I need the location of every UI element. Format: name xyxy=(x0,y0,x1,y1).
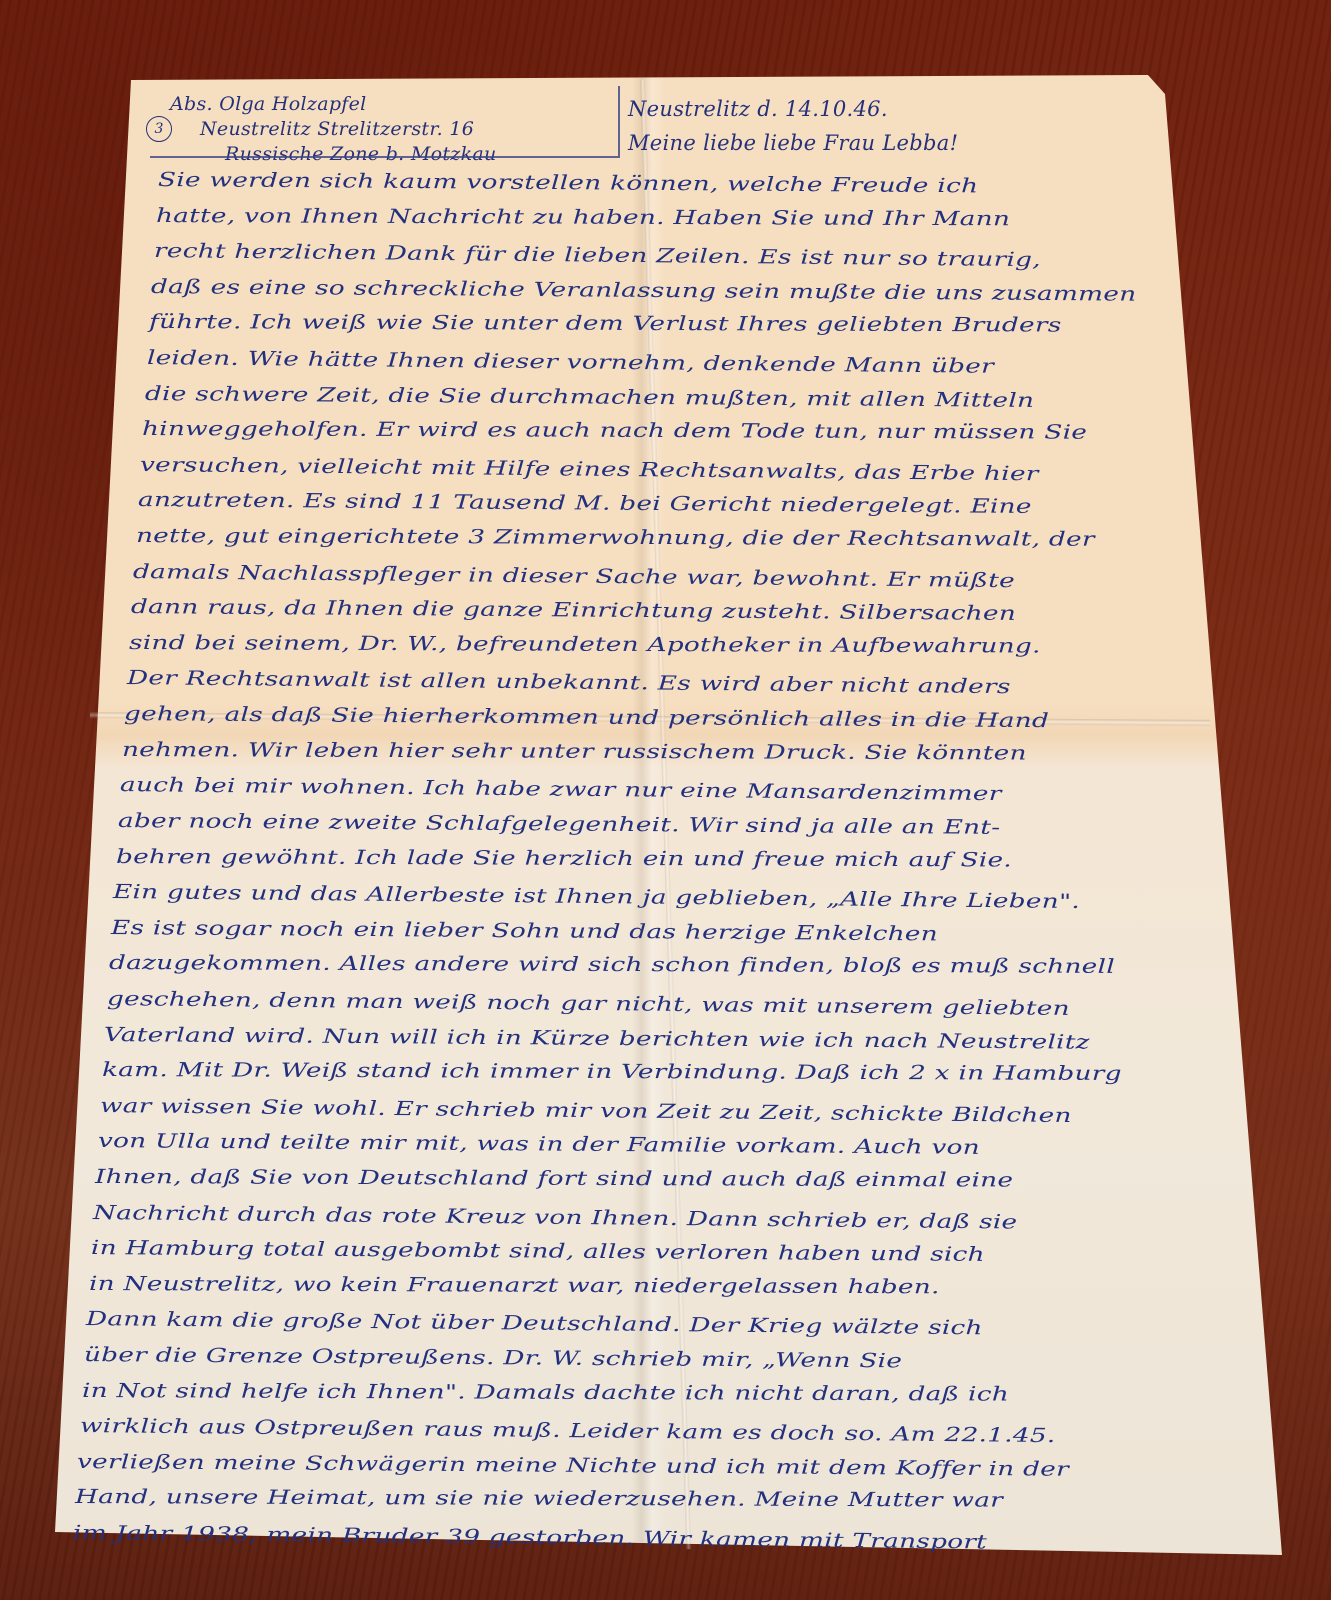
letter-line: behren gewöhnt. Ich lade Sie herzlich ei… xyxy=(115,845,1011,871)
letter-line: Ihnen, daß Sie von Deutschland fort sind… xyxy=(95,1165,1013,1192)
letter-line: hatte, von Ihnen Nachricht zu haben. Hab… xyxy=(156,204,1010,230)
letter-line: nette, gut eingerichtete 3 Zimmerwohnung… xyxy=(136,524,1095,551)
letter-line: nehmen. Wir leben hier sehr unter russis… xyxy=(122,738,1027,765)
letter-line: Sie werden sich kaum vorstellen können, … xyxy=(158,168,979,197)
letter-line: im Jahr 1938, mein Bruder 39 gestorben. … xyxy=(73,1521,987,1553)
letter-line: Ein gutes und das Allerbeste ist Ihnen j… xyxy=(113,880,1080,913)
letter-line: war wissen Sie wohl. Er schrieb mir von … xyxy=(100,1094,1072,1127)
letter-line: leiden. Wie hätte Ihnen dieser vornehm, … xyxy=(147,346,994,378)
letter-line: Der Rechtsanwalt ist allen unbekannt. Es… xyxy=(126,666,1010,698)
letter-line: Nachricht durch das rote Kreuz von Ihnen… xyxy=(93,1201,1018,1234)
letter-line: in Hamburg total ausgebombt sind, alles … xyxy=(91,1236,985,1266)
letter-line: von Ulla und teilte mir mit, was in der … xyxy=(97,1129,979,1159)
letter-line: hinweggeholfen. Er wird es auch nach dem… xyxy=(142,417,1087,444)
letter-line: daß es eine so schreckliche Veranlassung… xyxy=(151,275,1137,306)
letter-line: die schwere Zeit, die Sie durchmachen mu… xyxy=(144,382,1034,412)
letter-line: auch bei mir wohnen. Ich habe zwar nur e… xyxy=(120,773,1002,805)
letter-line: recht herzlichen Dank für die lieben Zei… xyxy=(153,239,1040,271)
letter-line: anzutreten. Es sind 11 Tausend M. bei Ge… xyxy=(138,488,1032,518)
letter-line: aber noch eine zweite Schlafgelegenheit.… xyxy=(118,809,1001,839)
letter-line: wirklich aus Ostpreußen raus muß. Leider… xyxy=(79,1414,1055,1447)
letter-line: dazugekommen. Alles andere wird sich sch… xyxy=(109,951,1115,978)
letter-line: damals Nachlasspfleger in dieser Sache w… xyxy=(133,560,1015,592)
letter-line: führte. Ich weiß wie Sie unter dem Verlu… xyxy=(149,310,1062,337)
letter-line: kam. Mit Dr. Weiß stand ich immer in Ver… xyxy=(102,1058,1122,1085)
letter-line: dann raus, da Ihnen die ganze Einrichtun… xyxy=(131,595,1016,625)
letter-line: geschehen, denn man weiß noch gar nicht,… xyxy=(106,987,1069,1020)
letter-line: Es ist sogar noch ein lieber Sohn und da… xyxy=(111,916,938,945)
letter-line: verließen meine Schwägerin meine Nichte … xyxy=(77,1450,1069,1481)
letter-line: Vaterland wird. Nun will ich in Kürze be… xyxy=(104,1023,1090,1054)
letter-line: gehen, als daß Sie hierherkommen und per… xyxy=(124,702,1049,732)
letter-line: Dann kam die große Not über Deutschland.… xyxy=(86,1307,983,1339)
letter-line: Hand, unsere Heimat, um sie nie wiederzu… xyxy=(75,1485,1003,1512)
letter-line: versuchen, vielleicht mit Hilfe eines Re… xyxy=(140,453,1039,485)
letter-line: über die Grenze Ostpreußens. Dr. W. schr… xyxy=(84,1343,903,1372)
letter-line: sind bei seinem, Dr. W., befreundeten Ap… xyxy=(129,631,1041,658)
letter-line: in Not sind helfe ich Ihnen". Damals dac… xyxy=(82,1379,1009,1406)
letter-line: in Neustrelitz, wo kein Frauenarzt war, … xyxy=(89,1272,940,1298)
letter-body: Sie werden sich kaum vorstellen können, … xyxy=(0,0,1331,1600)
